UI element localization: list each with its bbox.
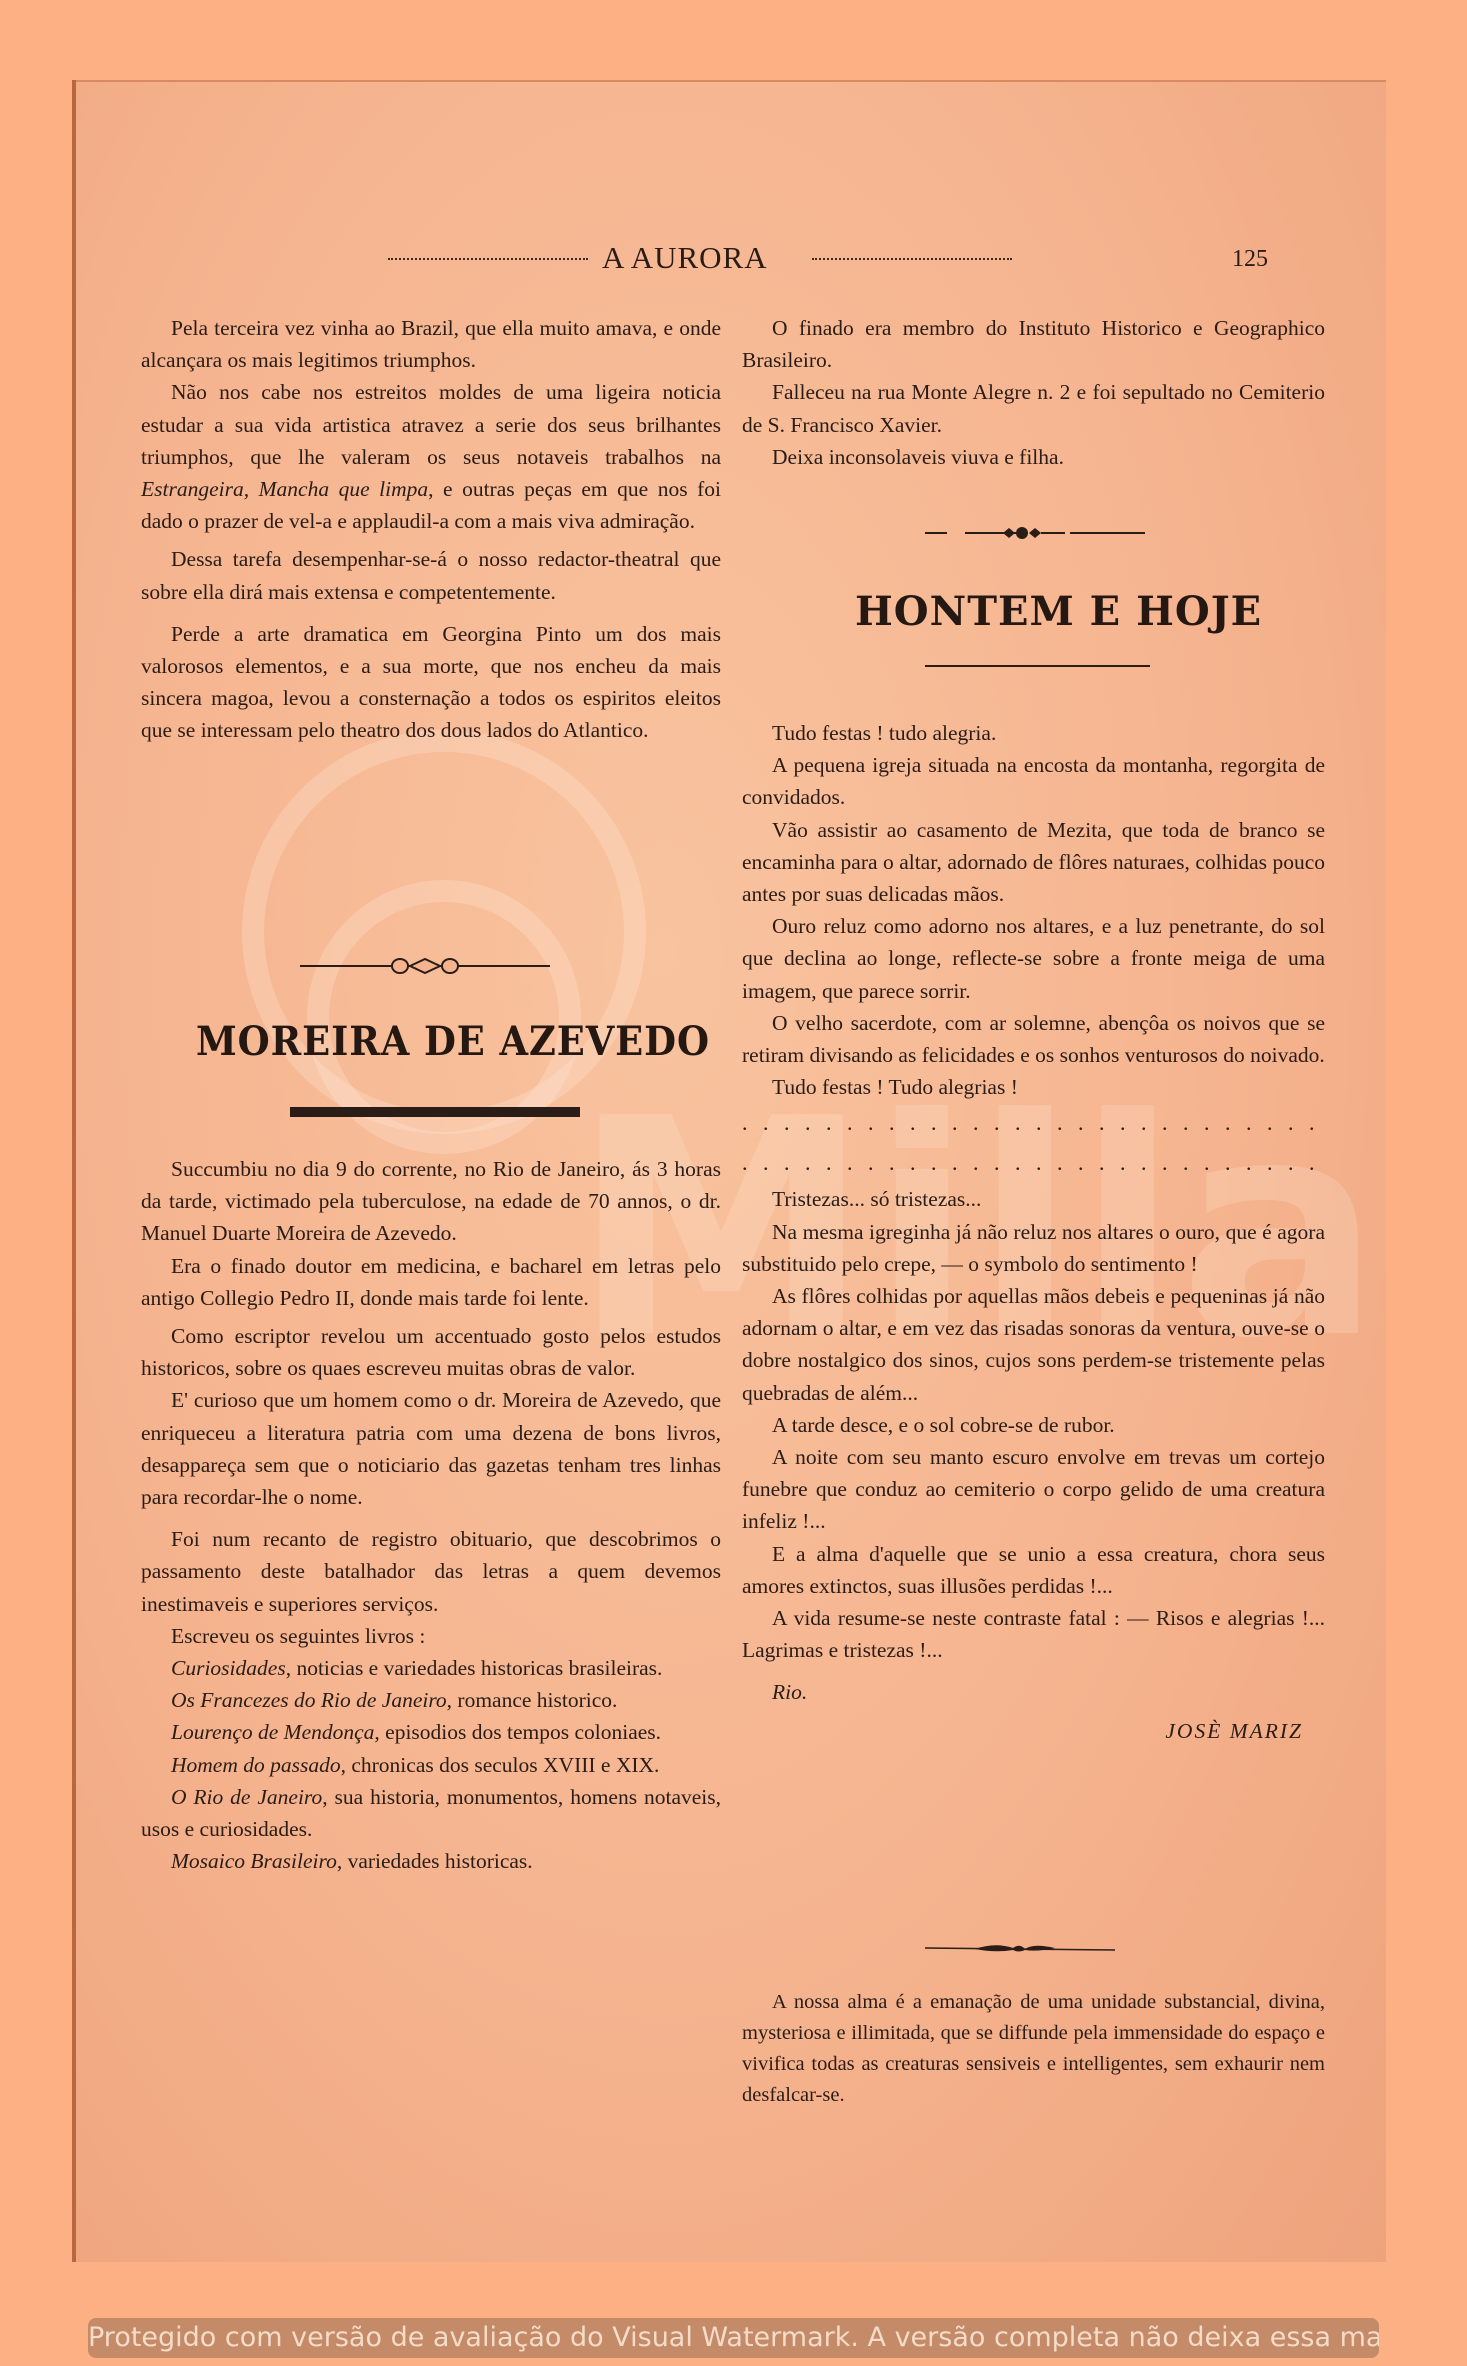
page-number: 125 [1232,246,1268,273]
paragraph: O velho sacerdote, com ar solemne, abenç… [742,1007,1325,1071]
paragraph: A tarde desce, e o sol cobre-se de rubor… [742,1409,1325,1441]
dotted-separator: . . . . . . . . . . . . . . . . . . . . … [742,1143,1325,1183]
watermark-banner: Protegido com versão de avaliação do Vis… [88,2318,1379,2358]
paragraph: Vão assistir ao casamento de Mezita, que… [742,814,1325,911]
watermark-logo-ring [242,730,646,1134]
right-column-story: Tudo festas ! tudo alegria. A pequena ig… [742,717,1325,1747]
paragraph: Era o finado doutor em medicina, e bacha… [141,1250,721,1314]
right-column-top: O finado era membro do Instituto Histori… [742,312,1325,473]
paragraph: A vida resume-se neste contraste fatal :… [742,1602,1325,1666]
header-rule-right [812,258,1012,260]
journal-title: A AURORA [602,240,768,276]
paragraph: Na mesma igreginha já não reluz nos alta… [742,1216,1325,1280]
running-header: A AURORA 125 [380,240,1280,280]
ornament-divider-icon [300,952,550,980]
paragraph: Tristezas... só tristezas... [742,1183,1325,1215]
paragraph: Foi num recanto de registro obituario, q… [141,1523,721,1620]
header-rule-left [388,258,588,260]
paragraph: Tudo festas ! Tudo alegrias ! [742,1071,1325,1103]
paragraph: Deixa inconsolaveis viuva e filha. [742,441,1325,473]
paragraph: Falleceu na rua Monte Alegre n. 2 e foi … [742,376,1325,440]
paragraph: Não nos cabe nos estreitos moldes de uma… [141,376,721,537]
book-entry: Os Francezes do Rio de Janeiro, romance … [141,1684,721,1716]
ornament-divider-icon [925,523,1145,543]
left-column-top: Pela terceira vez vinha ao Brazil, que e… [141,312,721,747]
paragraph: Escreveu os seguintes livros : [141,1620,721,1652]
paragraph: Como escriptor revelou um accentuado gos… [141,1320,721,1384]
ornament-flourish-icon [925,1940,1115,1956]
dotted-separator: . . . . . . . . . . . . . . . . . . . . … [742,1103,1325,1143]
headline-underline [925,665,1150,667]
book-entry: O Rio de Janeiro, sua historia, monument… [141,1781,721,1845]
paragraph: Dessa tarefa desempenhar-se-á o nosso re… [141,543,721,607]
paragraph: E a alma d'aquelle que se unio a essa cr… [742,1538,1325,1602]
article-title-moreira: MOREIRA DE AZEVEDO [196,1018,710,1065]
book-entry: Mosaico Brasileiro, variedades historica… [141,1845,721,1877]
paragraph: Tudo festas ! tudo alegria. [742,717,1325,749]
paragraph: Succumbiu no dia 9 do corrente, no Rio d… [141,1153,721,1250]
article-title-hontem-e-hoje: HONTEM E HOJE [855,588,1262,635]
paragraph: O finado era membro do Instituto Histori… [742,312,1325,376]
paragraph: E' curioso que um homem como o dr. Morei… [141,1384,721,1513]
paragraph: Ouro reluz como adorno nos altares, e a … [742,910,1325,1007]
paragraph: Perde a arte dramatica em Georgina Pinto… [141,618,721,747]
book-entry: Homem do passado, chronicas dos seculos … [141,1749,721,1781]
author-signature: JOSÈ MARIZ [742,1715,1325,1747]
paragraph: As flôres colhidas por aquellas mãos deb… [742,1280,1325,1409]
left-column-obituary: Succumbiu no dia 9 do corrente, no Rio d… [141,1153,721,1877]
right-column-closing: A nossa alma é a emanação de uma unidade… [742,1987,1325,2111]
headline-underline [290,1107,580,1117]
book-entry: Lourenço de Mendonça, episodios dos temp… [141,1716,721,1748]
book-entry: Curiosidades, noticias e variedades hist… [141,1652,721,1684]
paragraph: A nossa alma é a emanação de uma unidade… [742,1987,1325,2111]
paragraph: A pequena igreja situada na encosta da m… [742,749,1325,813]
paragraph: Pela terceira vez vinha ao Brazil, que e… [141,312,721,376]
place-line: Rio. [742,1676,1325,1708]
paragraph: A noite com seu manto escuro envolve em … [742,1441,1325,1538]
